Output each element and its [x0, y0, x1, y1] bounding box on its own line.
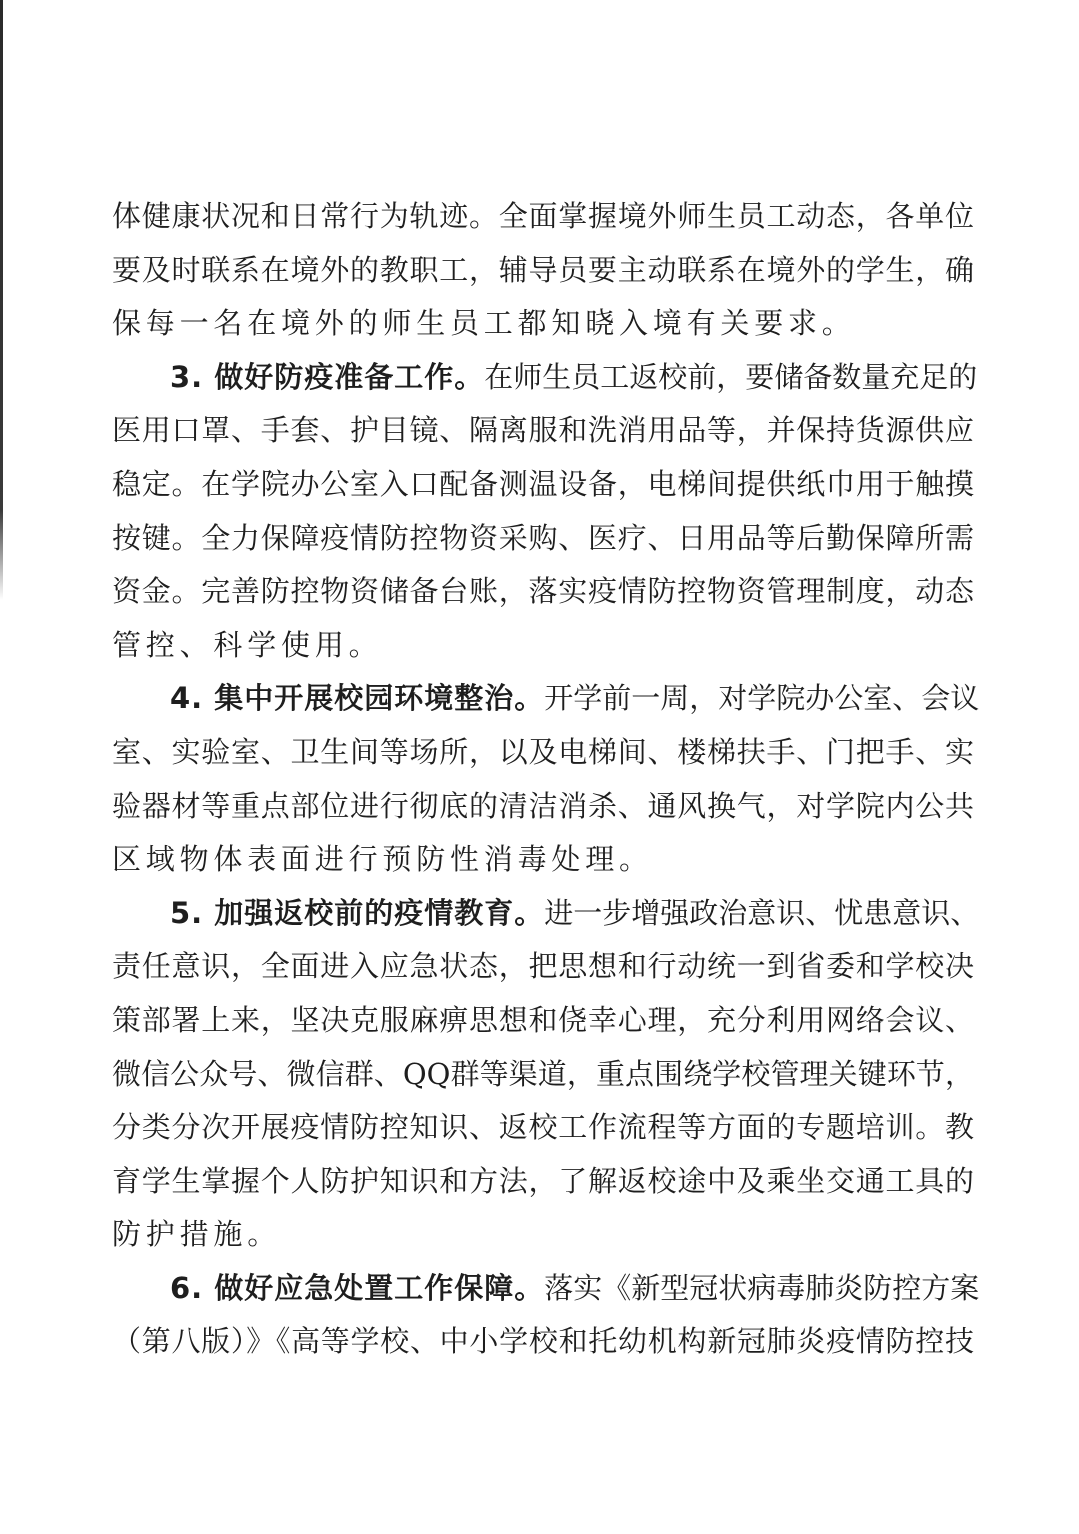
text-line: 育学生掌握个人防护知识和方法，了解返校途中及乘坐交通工具的: [112, 1155, 974, 1209]
section-heading: 4. 集中开展校园环境整治。: [170, 681, 544, 715]
text-line-first: 4. 集中开展校园环境整治。开学前一周，对学院办公室、会议: [112, 672, 974, 726]
paragraph-2-tail: 体健康状况和日常行为轨迹。全面掌握境外师生员工动态，各单位 要及时联系在境外的教…: [112, 190, 974, 351]
text-line: 防护措施。: [112, 1208, 974, 1262]
text-line: （第八版）》《高等学校、中小学校和托幼机构新冠肺炎疫情防控技: [112, 1315, 974, 1369]
text-line: 策部署上来，坚决克服麻痹思想和侥幸心理，充分利用网络会议、: [112, 994, 974, 1048]
text-line: 微信公众号、微信群、QQ群等渠道，重点围绕学校管理关键环节，: [112, 1048, 974, 1102]
scan-edge-shadow: [0, 0, 3, 600]
text-line-first: 3. 做好防疫准备工作。在师生员工返校前，要储备数量充足的: [112, 351, 974, 405]
text-run: 落实《新型冠状病毒肺炎防控方案: [544, 1271, 979, 1305]
section-heading: 3. 做好防疫准备工作。: [170, 360, 484, 394]
document-page: 体健康状况和日常行为轨迹。全面掌握境外师生员工动态，各单位 要及时联系在境外的教…: [112, 190, 974, 1369]
text-line-first: 6. 做好应急处置工作保障。落实《新型冠状病毒肺炎防控方案: [112, 1262, 974, 1316]
paragraph-4: 4. 集中开展校园环境整治。开学前一周，对学院办公室、会议 室、实验室、卫生间等…: [112, 672, 974, 886]
section-heading: 6. 做好应急处置工作保障。: [170, 1271, 544, 1305]
text-run: 进一步增强政治意识、忧患意识、: [544, 896, 979, 930]
text-line: 区域物体表面进行预防性消毒处理。: [112, 833, 974, 887]
text-run: 在师生员工返校前，要储备数量充足的: [484, 360, 977, 394]
text-line: 验器材等重点部位进行彻底的清洁消杀、通风换气，对学院内公共: [112, 780, 974, 834]
text-line: 体健康状况和日常行为轨迹。全面掌握境外师生员工动态，各单位: [112, 190, 974, 244]
text-line: 医用口罩、手套、护目镜、隔离服和洗消用品等，并保持货源供应: [112, 404, 974, 458]
text-line-first: 5. 加强返校前的疫情教育。进一步增强政治意识、忧患意识、: [112, 887, 974, 941]
text-line: 资金。完善防控物资储备台账，落实疫情防控物资管理制度，动态: [112, 565, 974, 619]
text-line: 分类分次开展疫情防控知识、返校工作流程等方面的专题培训。教: [112, 1101, 974, 1155]
text-line: 管控、科学使用。: [112, 619, 974, 673]
paragraph-5: 5. 加强返校前的疫情教育。进一步增强政治意识、忧患意识、 责任意识，全面进入应…: [112, 887, 974, 1262]
paragraph-6: 6. 做好应急处置工作保障。落实《新型冠状病毒肺炎防控方案 （第八版）》《高等学…: [112, 1262, 974, 1369]
text-line: 责任意识，全面进入应急状态，把思想和行动统一到省委和学校决: [112, 940, 974, 994]
text-run: 开学前一周，对学院办公室、会议: [544, 681, 979, 715]
text-line: 室、实验室、卫生间等场所，以及电梯间、楼梯扶手、门把手、实: [112, 726, 974, 780]
text-line: 稳定。在学院办公室入口配备测温设备，电梯间提供纸巾用于触摸: [112, 458, 974, 512]
paragraph-3: 3. 做好防疫准备工作。在师生员工返校前，要储备数量充足的 医用口罩、手套、护目…: [112, 351, 974, 673]
text-line: 要及时联系在境外的教职工，辅导员要主动联系在境外的学生，确: [112, 244, 974, 298]
text-line: 保每一名在境外的师生员工都知晓入境有关要求。: [112, 297, 974, 351]
section-heading: 5. 加强返校前的疫情教育。: [170, 896, 544, 930]
text-line: 按键。全力保障疫情防控物资采购、医疗、日用品等后勤保障所需: [112, 512, 974, 566]
